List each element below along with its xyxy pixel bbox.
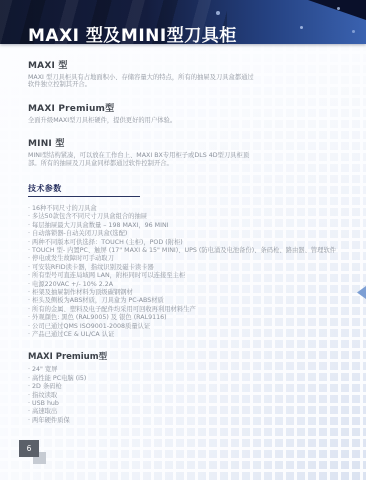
premium-item: 24" 宽屏	[28, 366, 352, 374]
specs-list: 16种不同尺寸的刀具盒多达50款包含不同尺寸刀具盒组合的抽屉每层抽屉最大刀具盒数…	[28, 205, 352, 338]
header-corner-triangle	[308, 0, 366, 20]
section-heading-maxi: MAXI 型	[28, 58, 352, 71]
spec-item: 自动落锁器-自动关闭刀具盒(选配)	[28, 230, 352, 238]
spec-item: 多达50款包含不同尺寸刀具盒组合的抽屉	[28, 213, 352, 221]
premium-item: 两年硬件质保	[28, 417, 352, 425]
premium-heading: MAXI Premium型	[28, 350, 352, 362]
header-dot	[352, 30, 355, 33]
specs-heading: 技术参数	[28, 183, 352, 194]
section-heading-maxi-premium: MAXI Premium型	[28, 101, 352, 114]
spec-item: 可安装RFID读卡器，指纹识别及磁卡读卡器	[28, 264, 352, 272]
section-body-maxi: MAXI 型刀具柜具有占地面积小、存储容量大的特点，所有的抽屉及刀具盒都通过软件…	[28, 74, 258, 89]
spec-item: 所有的金属、塑料及电子配件均采用可回收再利用材料生产	[28, 306, 352, 314]
header-dot	[337, 7, 340, 10]
specs-heading-underline	[28, 196, 140, 197]
section-body-mini: MINI型结构紧凑，可以放在工作台上、MAXI BX专用柜子或DLS 4D型刀具…	[28, 152, 258, 167]
spec-item: 柜头及侧板为ABS材质，刀具盒为 PC-ABS材质	[28, 297, 352, 305]
premium-item: 指纹读取	[28, 392, 352, 400]
section-body-maxi-premium: 全面升级MAXI型刀具柜硬件，提供更好的用户体验。	[28, 117, 258, 124]
spec-item: 柜架及抽屉制作材料为顶级碳钢钢材	[28, 289, 352, 297]
premium-item: 高性能 PC电脑 (i5)	[28, 375, 352, 383]
spec-item: 16种不同尺寸的刀具盒	[28, 205, 352, 213]
page-number-badge: 6	[19, 440, 39, 457]
spec-item: 产品已通过CE & UL/CA 认证	[28, 331, 352, 339]
spec-item: 公司已通过QMS ISO9001-2008质量认证	[28, 323, 352, 331]
premium-item: 2D 条码枪	[28, 383, 352, 391]
premium-item: 高速取出	[28, 408, 352, 416]
spec-item: 电源220VAC +/- 10% 2.2A	[28, 281, 352, 289]
header-dot	[300, 26, 303, 29]
spec-item: 所有型号可直连局域网 LAN，附柜同时可以连接至主柜	[28, 272, 352, 280]
spec-item: 外观颜色: 黑色 (RAL9005) 及 银色 (RAL9116)	[28, 314, 352, 322]
premium-list: 24" 宽屏高性能 PC电脑 (i5)2D 条码枪指纹读取USB hub高速取出…	[28, 366, 352, 424]
premium-item: USB hub	[28, 400, 352, 408]
spec-item: 两种不同版本可供选择：TOUCH (主柜)，POD (附柜)	[28, 239, 352, 247]
spec-item: TOUCH 型- 内置PC、触屏 (17" MAXI & 15" MINI)、U…	[28, 247, 352, 255]
content: MAXI 型 MAXI 型刀具柜具有占地面积小、存储容量大的特点，所有的抽屉及刀…	[28, 44, 352, 425]
page-header: MAXI 型及MINI型刀具柜	[0, 0, 366, 44]
page: MAXI 型及MINI型刀具柜 MAXI 型 MAXI 型刀具柜具有占地面积小、…	[0, 0, 366, 480]
section-heading-mini: MINI 型	[28, 136, 352, 149]
spec-item: 每层抽屉最大刀具盒数量 – 198 MAXI，96 MINI	[28, 222, 352, 230]
spec-item: 停电或发生故障时可手动取刀	[28, 255, 352, 263]
page-number: 6	[27, 444, 32, 453]
